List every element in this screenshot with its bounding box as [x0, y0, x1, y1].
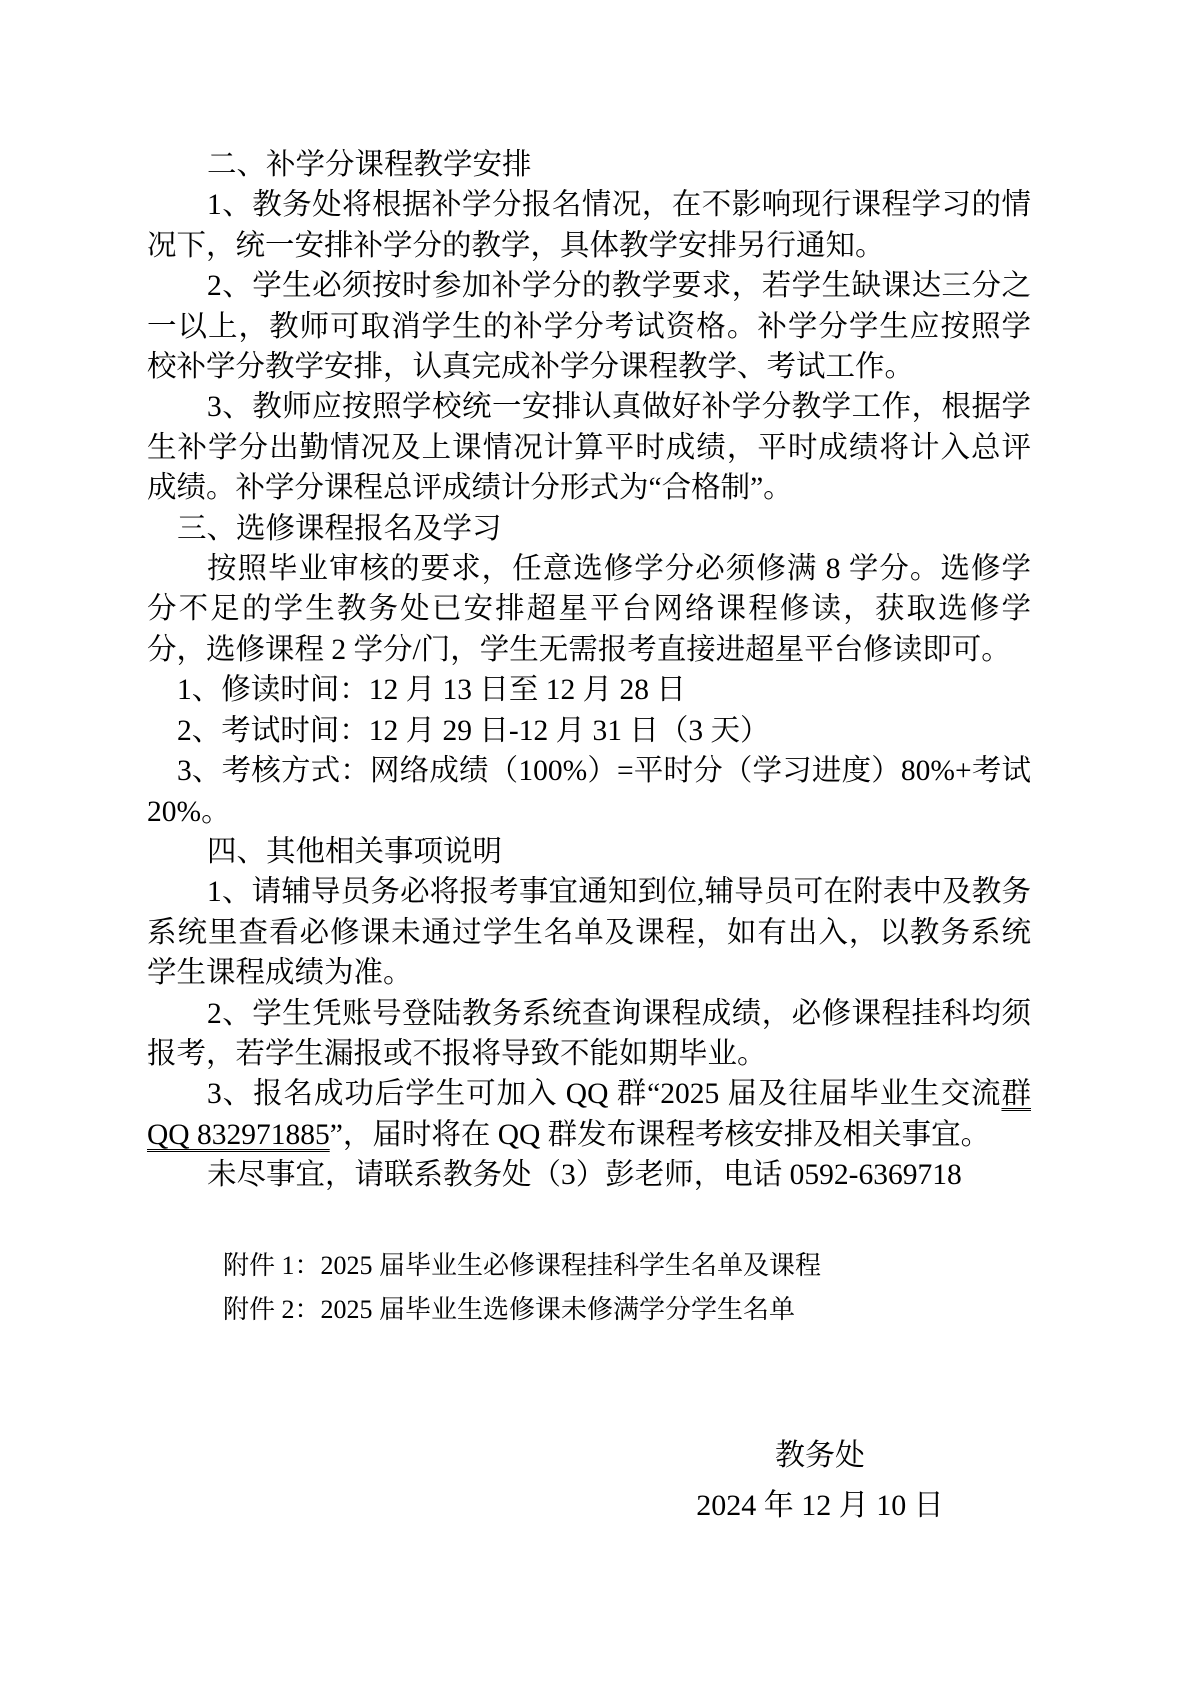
section-3-item-1: 1、修读时间：12 月 13 日至 12 月 28 日 — [147, 670, 1031, 710]
document-page: 二、补学分课程教学安排 1、教务处将根据补学分报名情况，在不影响现行课程学习的情… — [0, 0, 1191, 1684]
section-3-heading: 三、选修课程报名及学习 — [147, 509, 1031, 549]
attachments-block: 附件 1：2025 届毕业生必修课程挂科学生名单及课程 附件 2：2025 届毕… — [147, 1244, 1031, 1332]
section-2-heading: 二、补学分课程教学安排 — [147, 145, 1031, 185]
qq-paragraph-after: ”，届时将在 QQ 群发布课程考核安排及相关事宜。 — [330, 1119, 990, 1151]
signature-date: 2024 年 12 月 10 日 — [670, 1481, 970, 1531]
section-3-intro: 按照毕业审核的要求，任意选修学分必须修满 8 学分。选修学分不足的学生教务处已安… — [147, 549, 1031, 670]
section-3-item-2: 2、考试时间：12 月 29 日-12 月 31 日（3 天） — [147, 711, 1031, 751]
section-4-para-3: 3、报名成功后学生可加入 QQ 群“2025 届及往届毕业生交流群 QQ 832… — [147, 1074, 1031, 1155]
signature-org: 教务处 — [670, 1431, 970, 1481]
qq-paragraph-before: 3、报名成功后学生可加入 QQ 群“2025 届及往届毕业生交流 — [207, 1078, 1001, 1110]
attachment-1: 附件 1：2025 届毕业生必修课程挂科学生名单及课程 — [147, 1244, 1031, 1288]
section-4-heading: 四、其他相关事项说明 — [147, 832, 1031, 872]
section-2-para-1: 1、教务处将根据补学分报名情况，在不影响现行课程学习的情况下，统一安排补学分的教… — [147, 185, 1031, 266]
section-4-para-2: 2、学生凭账号登陆教务系统查询课程成绩，必修课程挂科均须报考，若学生漏报或不报将… — [147, 994, 1031, 1075]
section-3-item-3: 3、考核方式：网络成绩（100%）=平时分（学习进度）80%+考试 20%。 — [147, 751, 1031, 832]
signature-block: 教务处 2024 年 12 月 10 日 — [670, 1431, 970, 1531]
contact-line: 未尽事宜，请联系教务处（3）彭老师，电话 0592-6369718 — [147, 1155, 1031, 1195]
notice-body: 二、补学分课程教学安排 1、教务处将根据补学分报名情况，在不影响现行课程学习的情… — [147, 145, 1031, 1531]
section-2-para-3: 3、教师应按照学校统一安排认真做好补学分教学工作，根据学生补学分出勤情况及上课情… — [147, 387, 1031, 508]
attachment-2: 附件 2：2025 届毕业生选修课未修满学分学生名单 — [147, 1288, 1031, 1332]
section-2-para-2: 2、学生必须按时参加补学分的教学要求，若学生缺课达三分之一以上，教师可取消学生的… — [147, 266, 1031, 387]
section-4-para-1: 1、请辅导员务必将报考事宜通知到位,辅导员可在附表中及教务系统里查看必修课未通过… — [147, 872, 1031, 993]
